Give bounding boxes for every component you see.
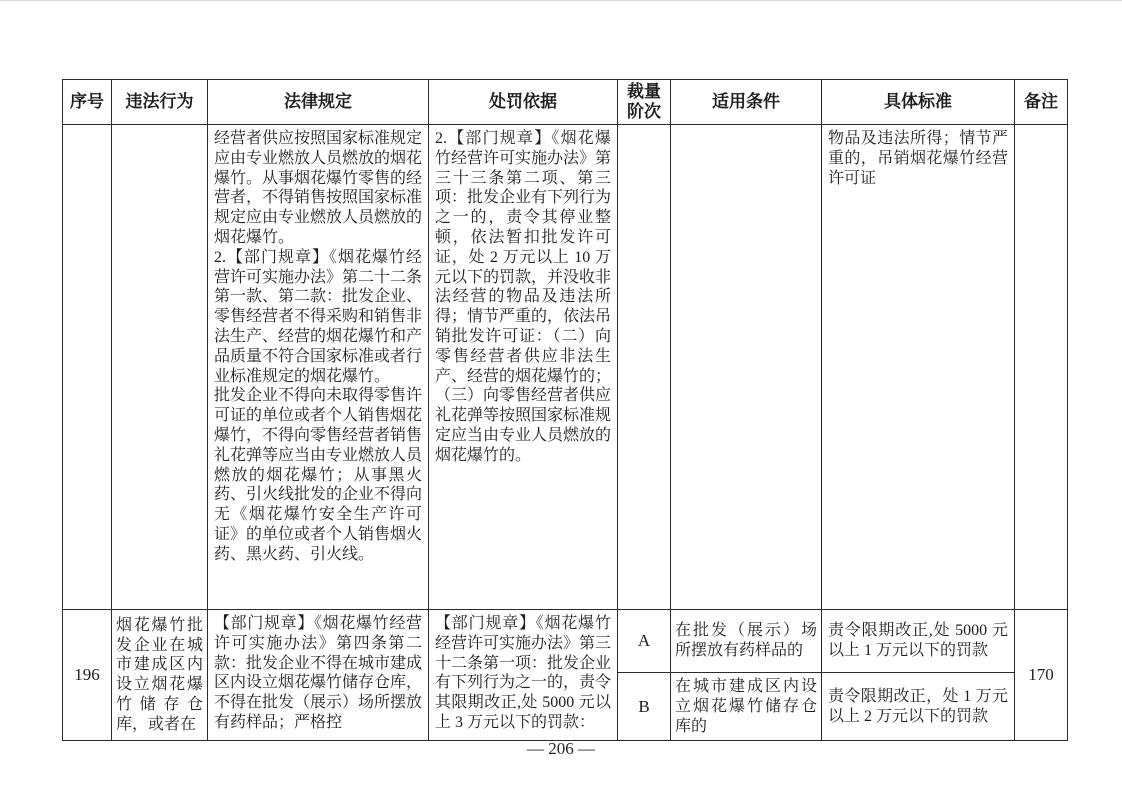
cell-196-beizhu: 170	[1015, 610, 1068, 741]
cell-196-chufa: 【部门规章】《烟花爆竹经营许可实施办法》第三十二条第一项：批发企业有下列行为之一…	[429, 610, 618, 741]
cell-196-xuhao: 196	[63, 610, 112, 741]
header-xuhao: 序号	[63, 80, 112, 125]
cell-cont-chufa: 2.【部门规章】《烟花爆竹经营许可实施办法》第三十三条第二项、第三项：批发企业有…	[429, 125, 618, 610]
header-weifa: 违法行为	[112, 80, 208, 125]
header-juti: 具体标准	[822, 80, 1015, 125]
document-page: 序号 违法行为 法律规定 处罚依据 裁量阶次 适用条件 具体标准 备注 经营者供…	[0, 0, 1122, 793]
cell-196-tier-a-condition: 在批发（展示）场所摆放有药样品的	[671, 610, 822, 673]
falv-paragraph-1: 经营者供应按照国家标准规定应由专业燃放人员燃放的烟花爆竹。从事烟花爆竹零售的经营…	[214, 129, 422, 248]
chufa-paragraph-1: 2.【部门规章】《烟花爆竹经营许可实施办法》第三十三条第二项、第三项：批发企业有…	[435, 129, 611, 466]
cell-cont-xuhao-empty	[63, 125, 112, 610]
header-row: 序号 违法行为 法律规定 处罚依据 裁量阶次 适用条件 具体标准 备注	[63, 80, 1068, 125]
cell-196-tier-b-condition: 在城市建成区内设立烟花爆竹储存仓库的	[671, 673, 822, 741]
row-196-tier-a: 196 烟花爆竹批发企业在城市建成区内设立烟花爆竹储存仓库，或者在 【部门规章】…	[63, 610, 1068, 673]
cell-cont-caijing-empty	[618, 125, 671, 610]
cell-196-weifa: 烟花爆竹批发企业在城市建成区内设立烟花爆竹储存仓库，或者在	[112, 610, 208, 741]
row-continuation: 经营者供应按照国家标准规定应由专业燃放人员燃放的烟花爆竹。从事烟花爆竹零售的经营…	[63, 125, 1068, 610]
header-chufa: 处罚依据	[429, 80, 618, 125]
header-shiyong: 适用条件	[671, 80, 822, 125]
cell-cont-juti: 物品及违法所得；情节严重的，吊销烟花爆竹经营许可证	[822, 125, 1015, 610]
header-beizhu: 备注	[1015, 80, 1068, 125]
cell-cont-falv: 经营者供应按照国家标准规定应由专业燃放人员燃放的烟花爆竹。从事烟花爆竹零售的经营…	[208, 125, 429, 610]
cell-cont-beizhu-empty	[1015, 125, 1068, 610]
cell-196-tier-a-standard: 责令限期改正,处 5000 元以上 1 万元以下的罚款	[822, 610, 1015, 673]
cell-196-tier-b-standard: 责令限期改正，处 1 万元以上 2 万元以下的罚款	[822, 673, 1015, 741]
header-falv: 法律规定	[208, 80, 429, 125]
penalty-table: 序号 违法行为 法律规定 处罚依据 裁量阶次 适用条件 具体标准 备注 经营者供…	[62, 79, 1068, 741]
cell-cont-shiyong-empty	[671, 125, 822, 610]
cell-196-tier-a-level: A	[618, 610, 671, 673]
cell-cont-weifa-empty	[112, 125, 208, 610]
juti-paragraph: 物品及违法所得；情节严重的，吊销烟花爆竹经营许可证	[828, 129, 1008, 188]
header-caijing: 裁量阶次	[618, 80, 671, 125]
cell-196-falv: 【部门规章】《烟花爆竹经营许可实施办法》第四条第二款：批发企业不得在城市建成区内…	[208, 610, 429, 741]
falv-paragraph-3: 批发企业不得向未取得零售许可证的单位或者个人销售烟花爆竹，不得向零售经营者销售礼…	[214, 386, 422, 564]
cell-196-tier-b-level: B	[618, 673, 671, 741]
falv-paragraph-2: 2.【部门规章】《烟花爆竹经营许可实施办法》第二十二条第一款、第二款：批发企业、…	[214, 248, 422, 387]
page-number: — 206 —	[0, 739, 1122, 759]
